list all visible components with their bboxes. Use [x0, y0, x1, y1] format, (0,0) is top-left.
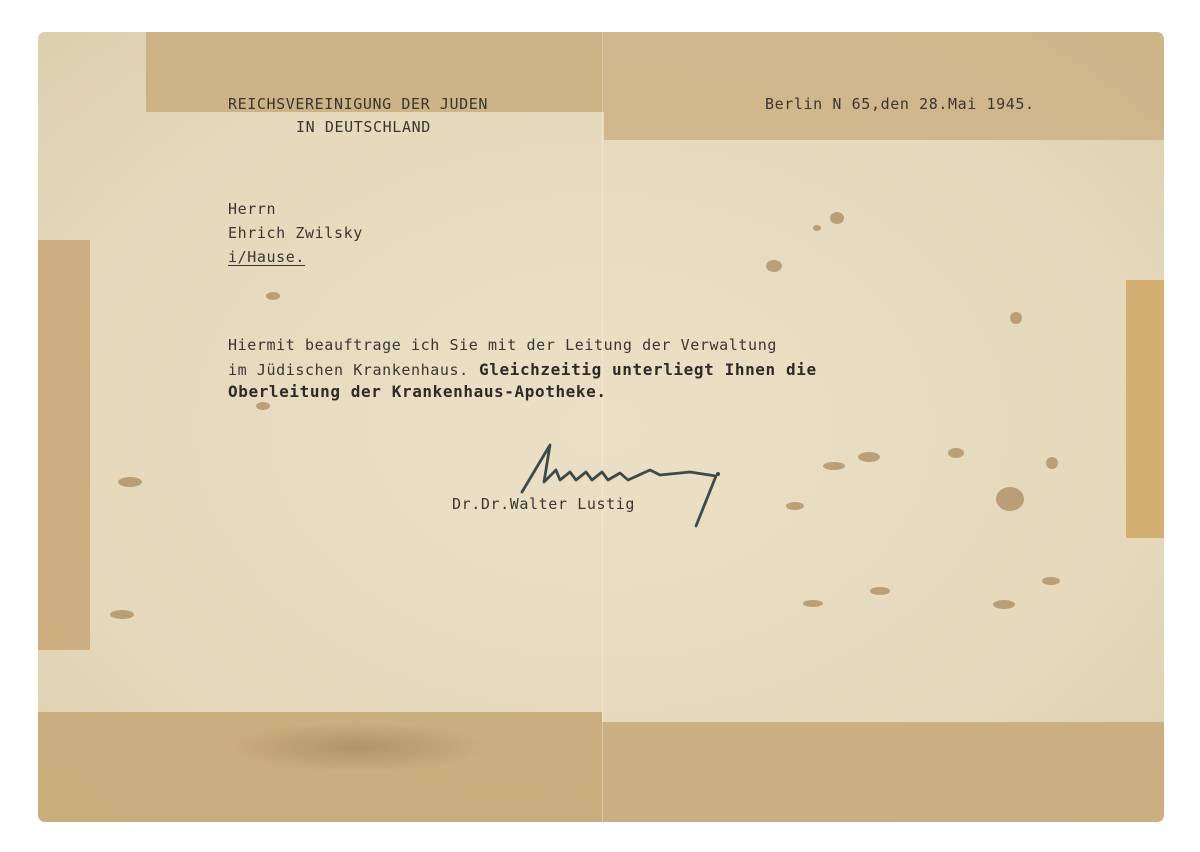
foxing-spot: [1046, 457, 1058, 469]
foxing-spot: [1042, 577, 1060, 585]
place-and-date: Berlin N 65,den 28.Mai 1945.: [765, 95, 1035, 113]
letterhead-line-1: REICHSVEREINIGUNG DER JUDEN: [228, 95, 488, 113]
tape-stain-top-right: [604, 32, 1164, 140]
body-line-2: im Jüdischen Krankenhaus. Gleichzeitig u…: [228, 360, 817, 379]
body-line-3: Oberleitung der Krankenhaus-Apotheke.: [228, 382, 607, 401]
paper-fold-line: [602, 32, 603, 822]
tape-stain-bottom-right: [602, 722, 1164, 822]
water-stain: [228, 722, 488, 772]
foxing-spot: [823, 462, 845, 470]
body-line-2-bold: Gleichzeitig unterliegt Ihnen die: [469, 360, 817, 379]
foxing-spot: [870, 587, 890, 595]
foxing-spot: [996, 487, 1024, 511]
foxing-spot: [786, 502, 804, 510]
letter-paper: REICHSVEREINIGUNG DER JUDEN IN DEUTSCHLA…: [38, 32, 1164, 822]
letterhead-line-2: IN DEUTSCHLAND: [296, 118, 431, 136]
foxing-spot: [993, 600, 1015, 609]
signatory-name: Dr.Dr.Walter Lustig: [452, 495, 635, 513]
foxing-spot: [1010, 312, 1022, 324]
foxing-spot: [266, 292, 280, 300]
recipient-name: Ehrich Zwilsky: [228, 224, 363, 242]
foxing-spot: [830, 212, 844, 224]
body-line-2-normal: im Jüdischen Krankenhaus.: [228, 361, 469, 379]
tape-stain-left: [38, 240, 90, 650]
foxing-spot: [256, 402, 270, 410]
handwritten-signature-icon: [520, 440, 760, 540]
tape-stain-right: [1126, 280, 1164, 538]
foxing-spot: [110, 610, 134, 619]
foxing-spot: [766, 260, 782, 272]
foxing-spot: [948, 448, 964, 458]
foxing-spot: [118, 477, 142, 487]
body-line-1: Hiermit beauftrage ich Sie mit der Leitu…: [228, 336, 777, 354]
foxing-spot: [858, 452, 880, 462]
recipient-salutation: Herrn: [228, 200, 276, 218]
foxing-spot: [813, 225, 821, 231]
foxing-spot: [803, 600, 823, 607]
recipient-location: i/Hause.: [228, 248, 305, 266]
